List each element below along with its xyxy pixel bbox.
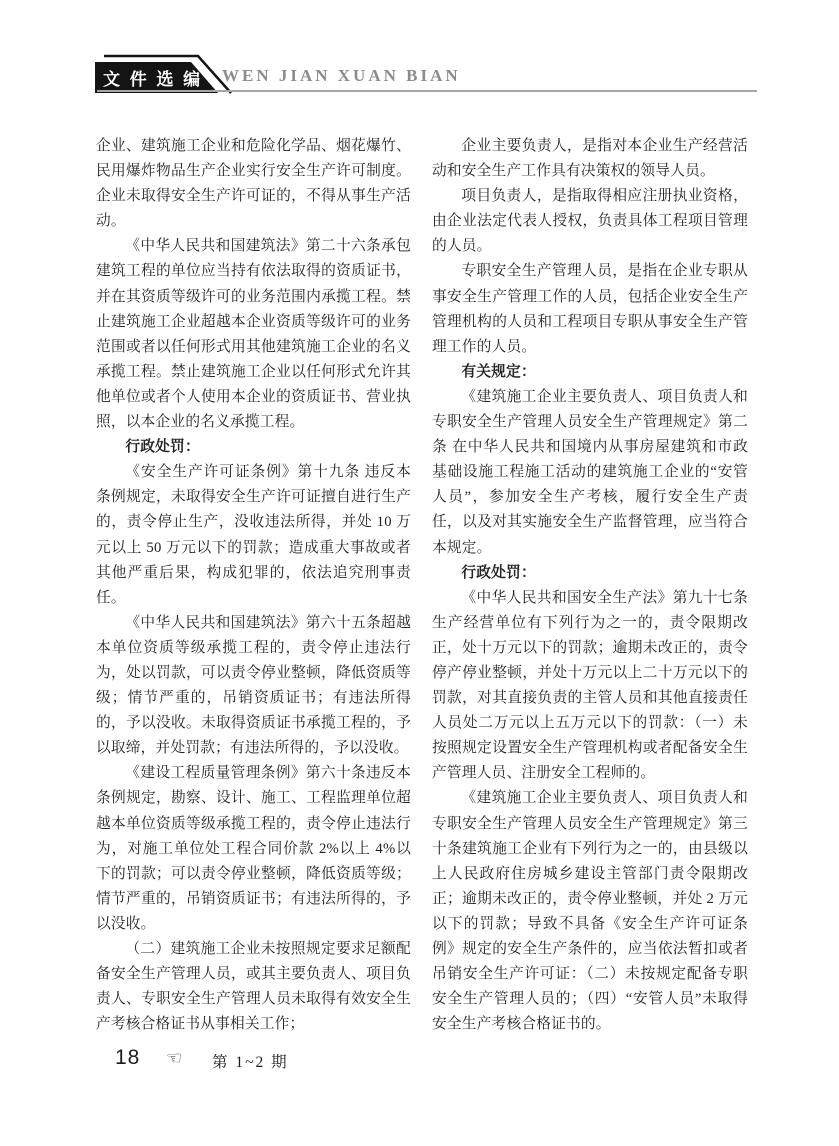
paragraph: 项目负责人，是指取得相应注册执业资格，由企业法定代表人授权，负责具体工程项目管理… [432, 184, 748, 259]
issue-label: 第 1~2 期 [212, 1050, 289, 1072]
right-column: 企业主要负责人，是指对本企业生产经营活动和安全生产工作具有决策权的领导人员。 项… [432, 134, 748, 1037]
paragraph: （二）建筑施工企业未按照规定要求足额配备安全生产管理人员，或其主要负责人、项目负… [96, 937, 411, 1037]
pointing-hand-icon: ☜ [166, 1048, 182, 1069]
paragraph: 企业、建筑施工企业和危险化学品、烟花爆竹、民用爆炸物品生产企业实行安全生产许可制… [96, 134, 411, 234]
paragraph: 企业主要负责人，是指对本企业生产经营活动和安全生产工作具有决策权的领导人员。 [432, 134, 748, 184]
header-rule [97, 90, 757, 92]
page-footer: 18 ☜ 第 1~2 期 [0, 1042, 839, 1082]
paragraph: 《建设工程质量管理条例》第六十条违反本条例规定，勘察、设计、施工、工程监理单位超… [96, 761, 411, 937]
subheading-administrative-penalty: 行政处罚： [432, 561, 748, 586]
document-page: 文 件 选 编 WEN JIAN XUAN BIAN 企业、建筑施工企业和危险化… [0, 0, 839, 1146]
paragraph: 专职安全生产管理人员，是指在企业专职从事安全生产管理工作的人员，包括企业安全生产… [432, 259, 748, 359]
paragraph: 《建筑施工企业主要负责人、项目负责人和专职安全生产管理人员安全生产管理规定》第二… [432, 385, 748, 561]
paragraph: 《中华人民共和国安全生产法》第九十七条生产经营单位有下列行为之一的，责令限期改正… [432, 586, 748, 787]
text-columns: 企业、建筑施工企业和危险化学品、烟花爆竹、民用爆炸物品生产企业实行安全生产许可制… [96, 134, 748, 1037]
page-header: 文 件 选 编 WEN JIAN XUAN BIAN [0, 0, 839, 100]
paragraph: 《中华人民共和国建筑法》第六十五条超越本单位资质等级承揽工程的，责令停止违法行为… [96, 611, 411, 762]
subheading-administrative-penalty: 行政处罚： [96, 435, 411, 460]
left-column: 企业、建筑施工企业和危险化学品、烟花爆竹、民用爆炸物品生产企业实行安全生产许可制… [96, 134, 411, 1037]
subheading-related-rules: 有关规定： [432, 360, 748, 385]
page-title: WEN JIAN XUAN BIAN [222, 66, 461, 86]
badge-label: 文 件 选 编 [103, 69, 203, 89]
paragraph: 《安全生产许可证条例》第十九条 违反本条例规定，未取得安全生产许可证擅自进行生产… [96, 460, 411, 611]
page-number: 18 [115, 1046, 140, 1070]
paragraph: 《中华人民共和国建筑法》第二十六条承包建筑工程的单位应当持有依法取得的资质证书，… [96, 234, 411, 435]
section-badge: 文 件 选 编 [94, 54, 236, 94]
paragraph: 《建筑施工企业主要负责人、项目负责人和专职安全生产管理人员安全生产管理规定》第三… [432, 786, 748, 1037]
